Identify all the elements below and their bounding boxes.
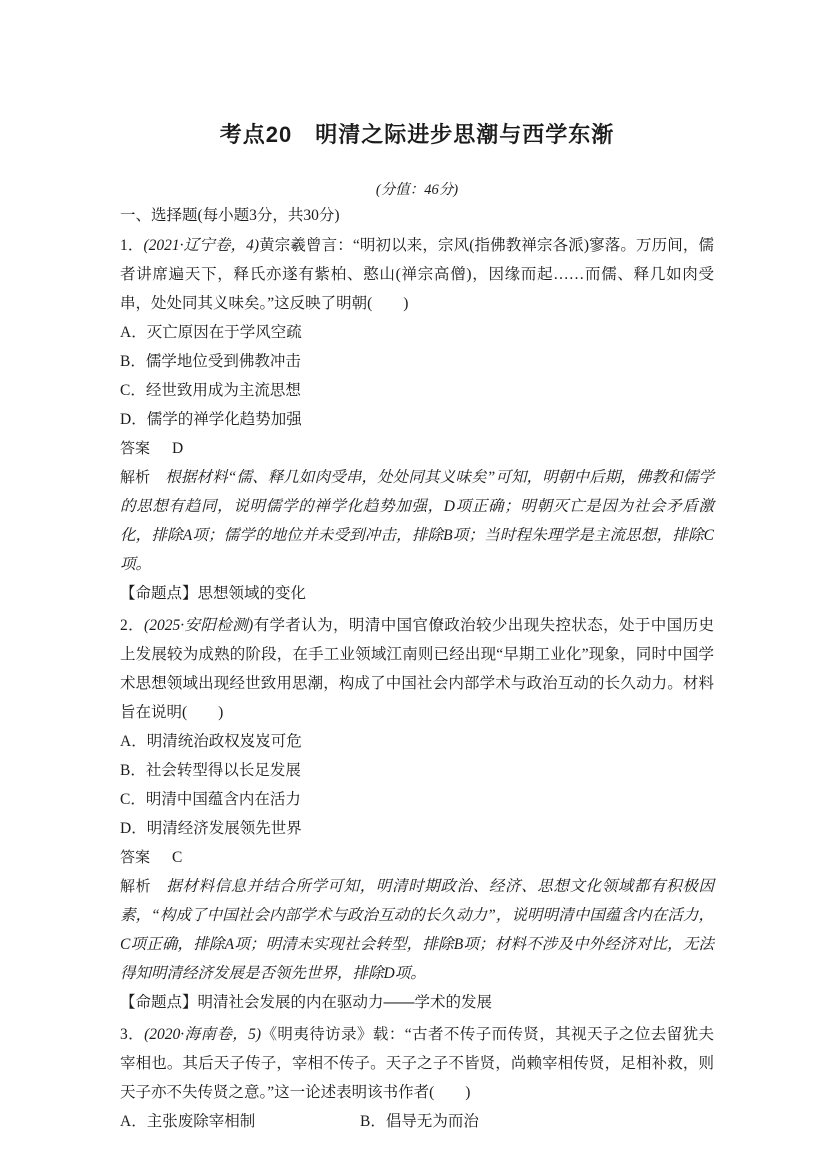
question-1-option-a: A．灭亡原因在于学风空疏 [120,318,714,347]
score-note: (分值：46分) [120,181,714,199]
question-1-analysis: 解析根据材料“儒、释几如肉受串，处处同其义味矣”可知，明朝中后期，佛教和儒学的思… [120,463,714,579]
page-title: 考点20 明清之际进步思潮与西学东渐 [120,122,714,148]
question-1-exam-point: 【命题点】思想领域的变化 [120,579,714,608]
question-1-option-c: C．经世致用成为主流思想 [120,376,714,405]
question-1-answer-row: 答案D [120,434,714,463]
question-2-number: 2． [120,617,144,634]
question-3-number: 3． [120,1026,144,1043]
question-2-option-d: D．明清经济发展领先世界 [120,814,714,843]
question-3-option-b: B．倡导无为而治 [360,1107,479,1136]
question-1-analysis-text: 根据材料“儒、释几如肉受串，处处同其义味矣”可知，明朝中后期，佛教和儒学的思想有… [120,469,714,573]
answer-label: 答案 [120,440,150,457]
question-3-stem: 3．(2020·海南卷，5)《明夷待访录》载：“古者不传子而传贤，其视天子之位去… [120,1020,714,1107]
question-3-source: (2020·海南卷，5) [144,1026,261,1043]
question-2: 2．(2025·安阳检测)有学者认为，明清中国官僚政治较少出现失控状态，处于中国… [120,611,714,1017]
question-2-answer-value: C [172,849,182,866]
analysis-label: 解析 [120,469,150,486]
question-3: 3．(2020·海南卷，5)《明夷待访录》载：“古者不传子而传贤，其视天子之位去… [120,1020,714,1136]
question-1: 1．(2021·辽宁卷，4)黄宗羲曾言：“明初以来，宗风(指佛教禅宗各派)寥落。… [120,231,714,608]
section-heading: 一、选择题(每小题3分，共30分) [120,204,714,228]
question-1-answer-value: D [172,440,183,457]
answer-label: 答案 [120,849,150,866]
question-2-exam-point: 【命题点】明清社会发展的内在驱动力——学术的发展 [120,988,714,1017]
question-1-option-b: B．儒学地位受到佛教冲击 [120,347,714,376]
document-page: 考点20 明清之际进步思潮与西学东渐 (分值：46分) 一、选择题(每小题3分，… [0,0,827,1169]
question-2-answer-row: 答案C [120,843,714,872]
question-1-number: 1． [120,237,144,254]
analysis-label: 解析 [120,878,151,895]
question-2-option-c: C．明清中国蕴含内在活力 [120,785,714,814]
question-2-analysis: 解析据材料信息并结合所学可知，明清时期政治、经济、思想文化领域都有积极因素，“构… [120,872,714,988]
question-2-option-a: A．明清统治政权岌岌可危 [120,727,714,756]
question-2-stem: 2．(2025·安阳检测)有学者认为，明清中国官僚政治较少出现失控状态，处于中国… [120,611,714,727]
question-3-options-row: A．主张废除宰相制 B．倡导无为而治 [120,1107,714,1136]
question-2-option-b: B．社会转型得以长足发展 [120,756,714,785]
question-1-stem: 1．(2021·辽宁卷，4)黄宗羲曾言：“明初以来，宗风(指佛教禅宗各派)寥落。… [120,231,714,318]
question-1-source: (2021·辽宁卷，4) [144,237,260,254]
question-3-option-a: A．主张废除宰相制 [120,1107,360,1136]
question-1-option-d: D．儒学的禅学化趋势加强 [120,405,714,434]
document-content: 考点20 明清之际进步思潮与西学东渐 (分值：46分) 一、选择题(每小题3分，… [120,122,714,1136]
question-2-source: (2025·安阳检测) [144,617,253,634]
question-2-analysis-text: 据材料信息并结合所学可知，明清时期政治、经济、思想文化领域都有积极因素，“构成了… [120,878,714,982]
